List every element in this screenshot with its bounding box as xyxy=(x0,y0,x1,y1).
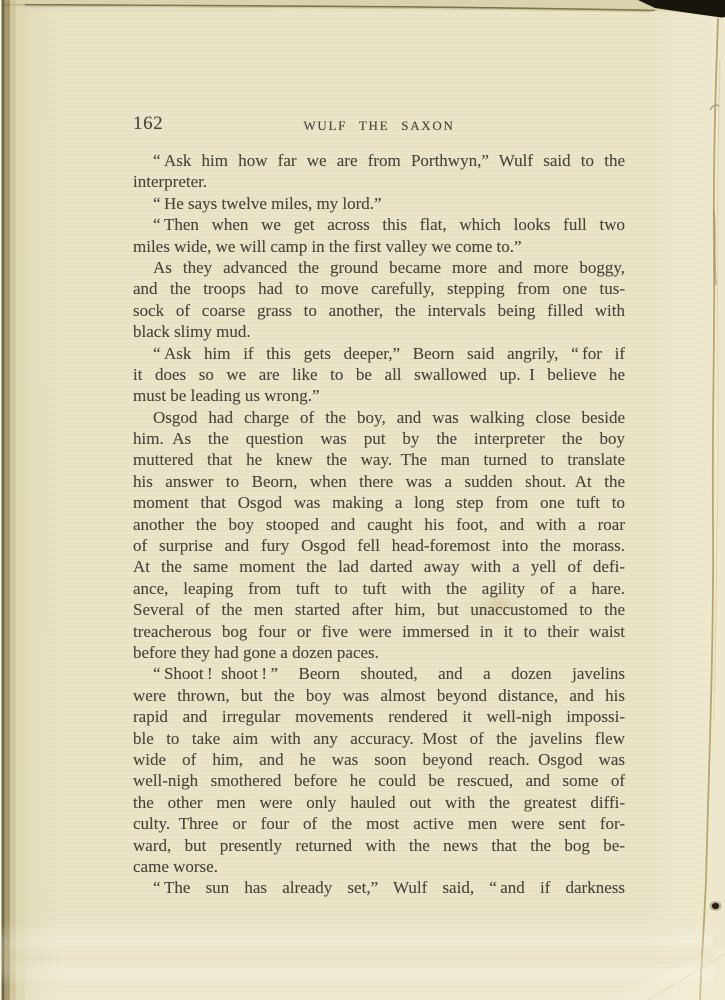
text-line: rapid and irregular movements rendered i… xyxy=(133,706,625,727)
text-line: him. As the question was put by the inte… xyxy=(133,428,625,449)
text-line: As they advanced the ground became more … xyxy=(133,257,625,278)
text-line: moment that Osgod was making a long step… xyxy=(133,492,625,513)
text-line: interpreter. xyxy=(133,171,625,192)
running-title: WULF THE SAXON xyxy=(133,119,625,132)
body-text: “ Ask him how far we are from Porthwyn,”… xyxy=(133,150,625,899)
text-line: sock of coarse grass to another, the int… xyxy=(133,300,625,321)
text-line: treacherous bog four or five were immers… xyxy=(133,621,625,642)
book-page-scan: 162 WULF THE SAXON “ Ask him how far we … xyxy=(0,0,725,1000)
text-line: black slimy mud. xyxy=(133,321,625,342)
text-line: and the troops had to move carefully, st… xyxy=(133,278,625,299)
text-line: At the same moment the lad darted away w… xyxy=(133,556,625,577)
text-line: “ Ask him if this gets deeper,” Beorn sa… xyxy=(133,343,625,364)
text-line: “ The sun has already set,” Wulf said, “… xyxy=(133,877,625,898)
text-line: another the boy stooped and caught his f… xyxy=(133,514,625,535)
text-line: before they had gone a dozen paces. xyxy=(133,642,625,663)
text-line: were thrown, but the boy was almost beyo… xyxy=(133,685,625,706)
text-line: his answer to Beorn, when there was a su… xyxy=(133,471,625,492)
text-line: ble to take aim with any accuracy. Most … xyxy=(133,728,625,749)
text-line: “ Shoot ! shoot ! ” Beorn shouted, and a… xyxy=(133,663,625,684)
text-line: ward, but presently returned with the ne… xyxy=(133,835,625,856)
text-line: muttered that he knew the way. The man t… xyxy=(133,449,625,470)
text-line: ance, leaping from tuft to tuft with the… xyxy=(133,578,625,599)
text-line: “ Ask him how far we are from Porthwyn,”… xyxy=(133,150,625,171)
text-line: miles wide, we will camp in the first va… xyxy=(133,236,625,257)
running-head: 162 WULF THE SAXON xyxy=(133,114,625,138)
text-line: well-nigh smothered before he could be r… xyxy=(133,770,625,791)
text-line: the other men were only hauled out with … xyxy=(133,792,625,813)
text-line: it does so we are like to be all swallow… xyxy=(133,364,625,385)
text-line: “ He says twelve miles, my lord.” xyxy=(133,193,625,214)
text-line: must be leading us wrong.” xyxy=(133,385,625,406)
text-line: of surprise and fury Osgod fell head-for… xyxy=(133,535,625,556)
text-line: Several of the men started after him, bu… xyxy=(133,599,625,620)
text-line: “ Then when we get across this flat, whi… xyxy=(133,214,625,235)
text-line: came worse. xyxy=(133,856,625,877)
text-line: wide of him, and he was soon beyond reac… xyxy=(133,749,625,770)
text-line: culty. Three or four of the most active … xyxy=(133,813,625,834)
text-line: Osgod had charge of the boy, and was wal… xyxy=(133,407,625,428)
